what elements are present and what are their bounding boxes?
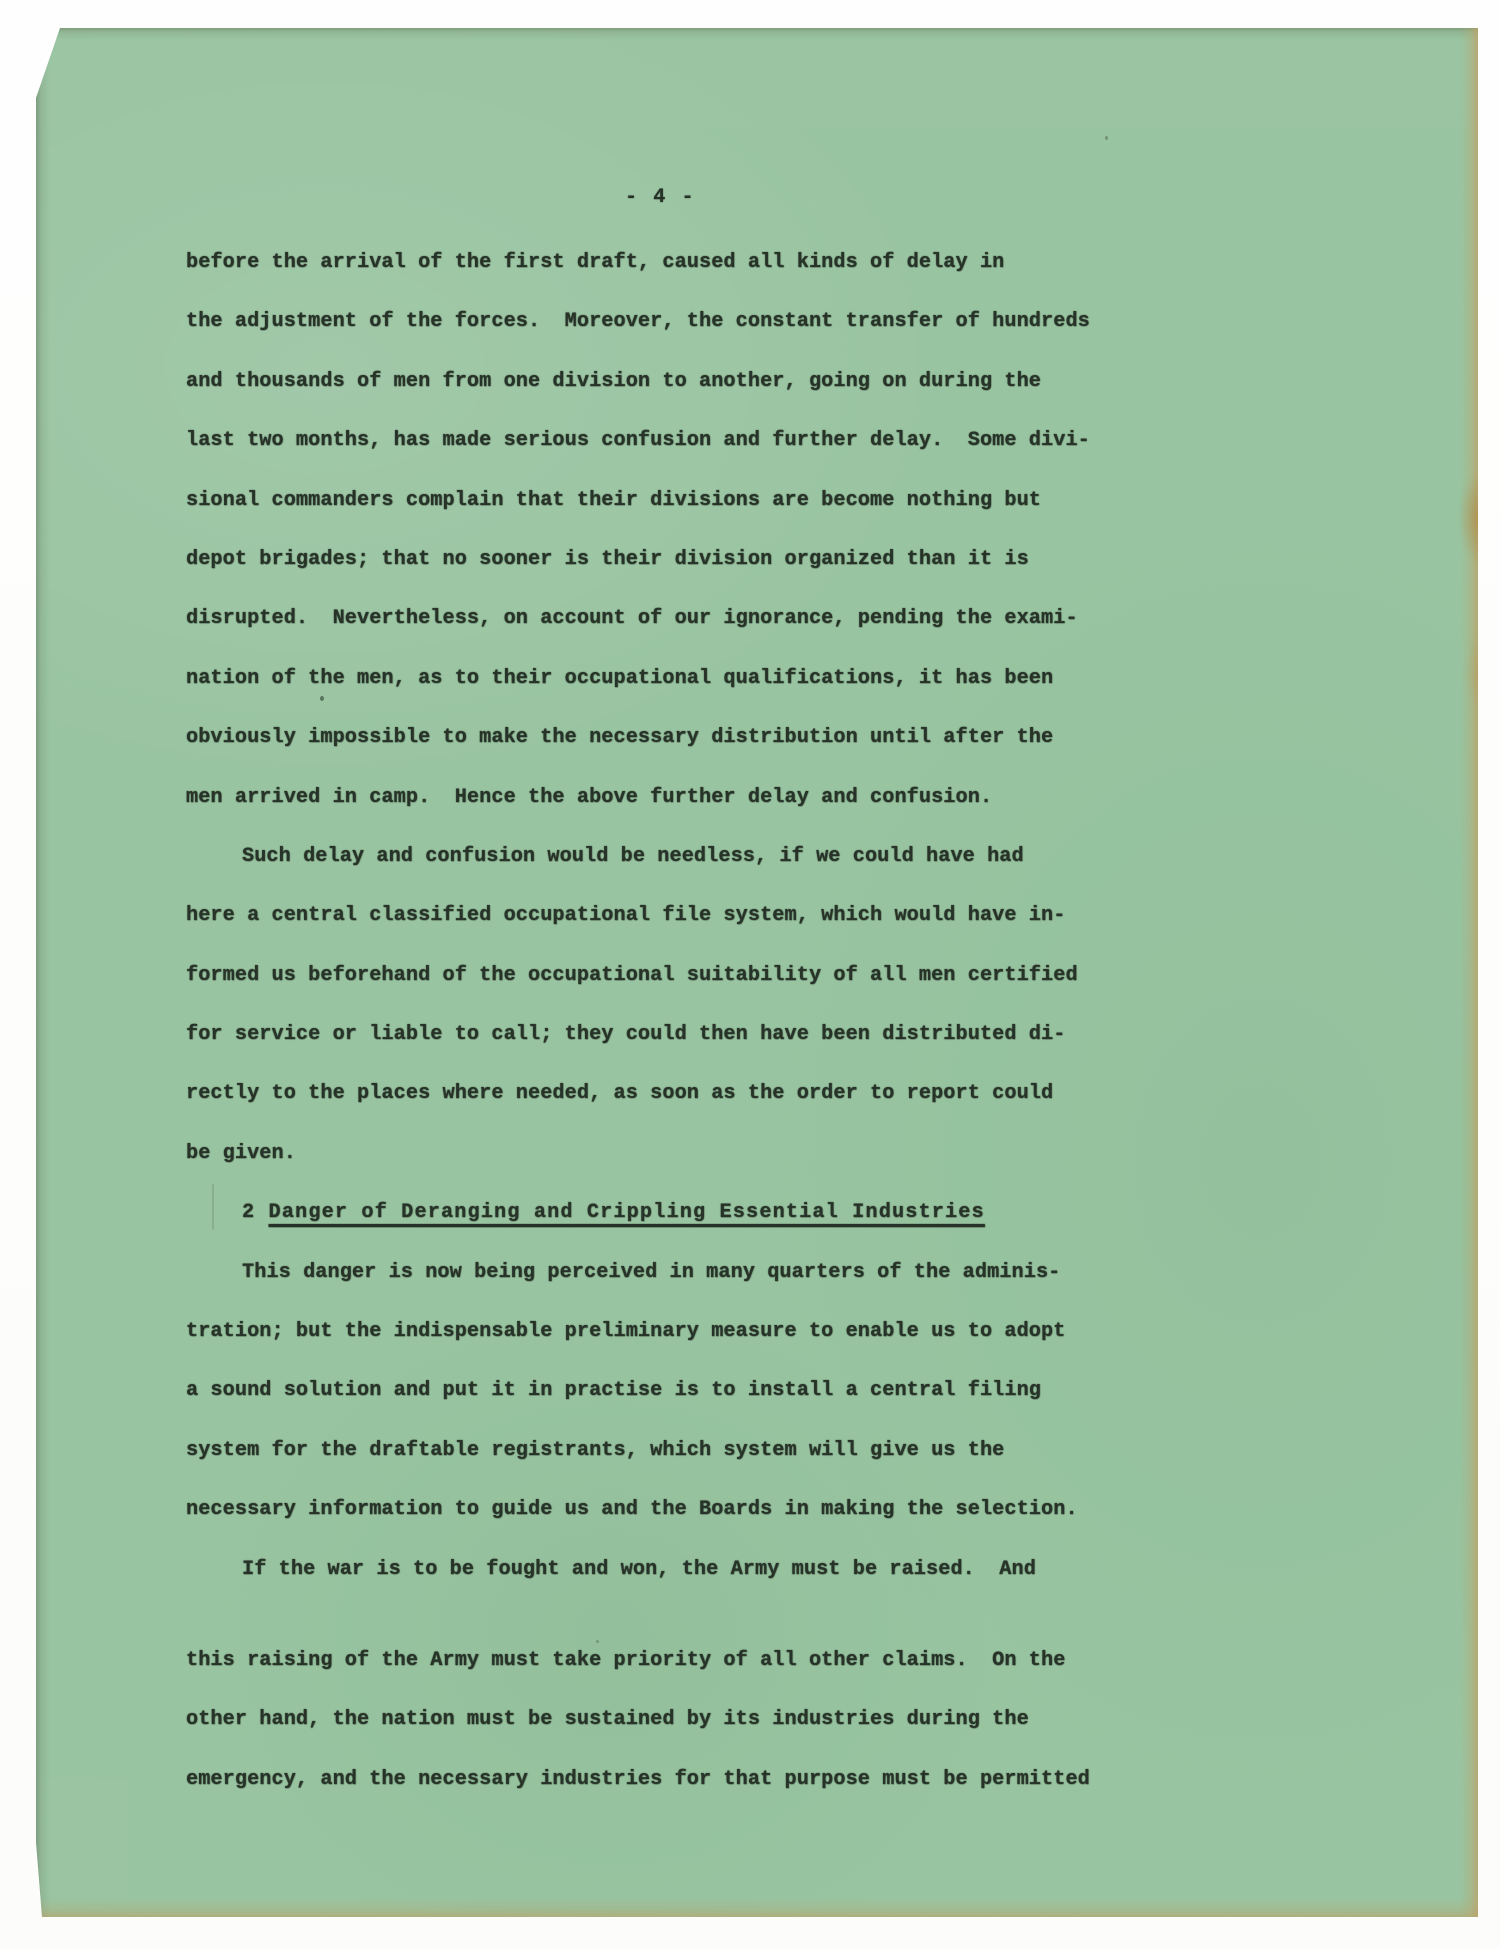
scan-background: - 4 - before the arrival of the first dr… [0,0,1500,1949]
paper-sheet: - 4 - before the arrival of the first dr… [36,28,1478,1917]
text-line: the adjustment of the forces. Moreover, … [186,292,1426,351]
ink-speck [1105,136,1108,140]
text-line: disrupted. Nevertheless, on account of o… [186,589,1426,648]
text-line: formed us beforehand of the occupational… [186,946,1426,1005]
page-number: - 4 - [625,186,696,209]
edge-stain [1438,458,1484,578]
text-block: before the arrival of the first draft, c… [186,233,1426,1809]
text-line: rectly to the places where needed, as so… [186,1064,1426,1123]
text-line: this raising of the Army must take prior… [186,1631,1426,1690]
text-line: tration; but the indispensable prelimina… [186,1302,1426,1361]
text-line: and thousands of men from one division t… [186,352,1426,411]
text-line: a sound solution and put it in practise … [186,1361,1426,1420]
text-line: This danger is now being perceived in ma… [186,1243,1426,1302]
text-line: sional commanders complain that their di… [186,471,1426,530]
text-line: obviously impossible to make the necessa… [186,708,1426,767]
text-line: for service or liable to call; they coul… [186,1005,1426,1064]
text-line: depot brigades; that no sooner is their … [186,530,1426,589]
section-heading: 2 Danger of Deranging and Crippling Esse… [186,1183,1426,1242]
text-line: nation of the men, as to their occupatio… [186,649,1426,708]
text-line: men arrived in camp. Hence the above fur… [186,768,1426,827]
text-line: Such delay and confusion would be needle… [186,827,1426,886]
text-line: emergency, and the necessary industries … [186,1750,1426,1809]
text-line: before the arrival of the first draft, c… [186,233,1426,292]
text-line: necessary information to guide us and th… [186,1480,1426,1539]
heading-number: 2 [242,1201,269,1224]
text-line: last two months, has made serious confus… [186,411,1426,470]
text-line: be given. [186,1124,1426,1183]
text-line: If the war is to be fought and won, the … [186,1540,1426,1599]
heading-underlined-text: Danger of Deranging and Crippling Essent… [269,1201,985,1224]
text-line: here a central classified occupational f… [186,886,1426,945]
edge-stain [1448,628,1482,718]
text-line: other hand, the nation must be sustained… [186,1690,1426,1749]
text-line: system for the draftable registrants, wh… [186,1421,1426,1480]
